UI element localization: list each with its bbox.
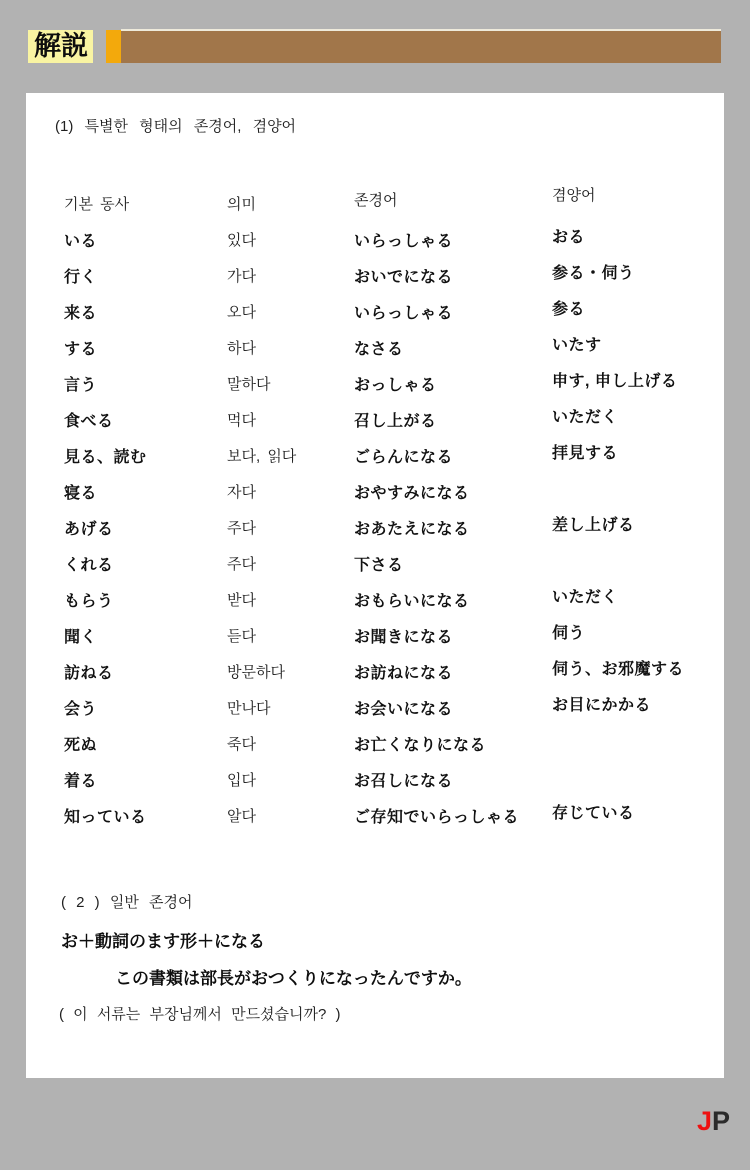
jp-logo-j: J (697, 1106, 712, 1136)
table-cell: 먹다 (227, 412, 354, 448)
table-cell: おもらいになる (354, 592, 552, 628)
table-cell: 参る (552, 300, 724, 336)
table-cell: 着る (64, 772, 227, 808)
table-cell: 방문하다 (227, 664, 354, 700)
table-cell: ご存知でいらっしゃる (354, 808, 552, 844)
table-cell: 받다 (227, 592, 354, 628)
table-cell: いただく (552, 408, 724, 444)
section2-formula: お＋動詞のます形＋になる (61, 927, 265, 952)
table-cell (552, 480, 724, 516)
table-cell: いらっしゃる (354, 304, 552, 340)
table-cell: 会う (64, 700, 227, 736)
table-header-cell: 기본 동사 (64, 196, 227, 232)
table-cell: 見る、読む (64, 448, 227, 484)
table-cell: 伺う、お邪魔する (552, 660, 724, 696)
table-cell: もらう (64, 592, 227, 628)
table-cell: 参る・伺う (552, 264, 724, 300)
table-cell: くれる (64, 556, 227, 592)
table-cell: ごらんになる (354, 448, 552, 484)
table-cell: お召しになる (354, 772, 552, 808)
table-cell: 訪ねる (64, 664, 227, 700)
table-cell: 食べる (64, 412, 227, 448)
table-cell: 보다, 읽다 (227, 448, 354, 484)
table-cell: お目にかかる (552, 696, 724, 732)
table-cell: おいでになる (354, 268, 552, 304)
table-cell: なさる (354, 340, 552, 376)
table-cell: 주다 (227, 520, 354, 556)
table-cell: 자다 (227, 484, 354, 520)
table-cell: 듣다 (227, 628, 354, 664)
table-cell: 下さる (354, 556, 552, 592)
table-cell: する (64, 340, 227, 376)
table-cell: 聞く (64, 628, 227, 664)
table-cell: お訪ねになる (354, 664, 552, 700)
tag-accent-stripe (106, 30, 121, 63)
table-header-cell: 의미 (227, 196, 354, 232)
table-cell: 召し上がる (354, 412, 552, 448)
section-tag-label: 解説 (34, 33, 88, 60)
table-cell: いらっしゃる (354, 232, 552, 268)
honorifics-table: 기본 동사의미존경어겸양어いる있다いらっしゃるおる行く가다おいでになる参る・伺う… (64, 196, 724, 844)
table-cell: 拝見する (552, 444, 724, 480)
table-cell: 하다 (227, 340, 354, 376)
table-cell: 言う (64, 376, 227, 412)
table-cell: おあたえになる (354, 520, 552, 556)
table-cell (552, 552, 724, 588)
header-bar (121, 29, 721, 63)
table-cell: 伺う (552, 624, 724, 660)
table-cell: おやすみになる (354, 484, 552, 520)
table-header-cell: 겸양어 (552, 187, 724, 223)
table-cell: 申す, 申し上げる (552, 372, 724, 408)
table-cell: 来る (64, 304, 227, 340)
table-cell: 오다 (227, 304, 354, 340)
table-cell (552, 732, 724, 768)
section2-example-japanese: この書類は部長がおつくりになったんですか。 (115, 964, 472, 989)
table-cell: お聞きになる (354, 628, 552, 664)
table-cell: いただく (552, 588, 724, 624)
jp-logo-p: P (712, 1106, 730, 1136)
table-cell: いる (64, 232, 227, 268)
section-tag: 解説 (28, 30, 93, 63)
table-cell: 입다 (227, 772, 354, 808)
table-cell: 知っている (64, 808, 227, 844)
section2-example-korean: ( 이 서류는 부장님께서 만드셨습니까? ) (59, 1003, 341, 1024)
table-cell: 行く (64, 268, 227, 304)
table-header-cell: 존경어 (354, 192, 552, 228)
table-cell: 差し上げる (552, 516, 724, 552)
table-cell: 存じている (552, 804, 724, 840)
table-cell: 만나다 (227, 700, 354, 736)
table-cell: お会いになる (354, 700, 552, 736)
section1-title: (1) 특별한 형태의 존경어, 겸양어 (55, 115, 296, 136)
table-cell: 가다 (227, 268, 354, 304)
table-cell: いたす (552, 336, 724, 372)
section2-title: ( 2 ) 일반 존경어 (61, 891, 192, 912)
table-cell: おる (552, 228, 724, 264)
table-cell: 주다 (227, 556, 354, 592)
table-cell (552, 768, 724, 804)
content-card: (1) 특별한 형태의 존경어, 겸양어 기본 동사의미존경어겸양어いる있다いら… (26, 93, 724, 1078)
table-cell: 죽다 (227, 736, 354, 772)
table-cell: あげる (64, 520, 227, 556)
jp-logo: JP (697, 1106, 730, 1137)
table-cell: 寝る (64, 484, 227, 520)
table-cell: お亡くなりになる (354, 736, 552, 772)
table-cell: 알다 (227, 808, 354, 844)
table-cell: おっしゃる (354, 376, 552, 412)
table-cell: 있다 (227, 232, 354, 268)
table-cell: 死ぬ (64, 736, 227, 772)
table-cell: 말하다 (227, 376, 354, 412)
